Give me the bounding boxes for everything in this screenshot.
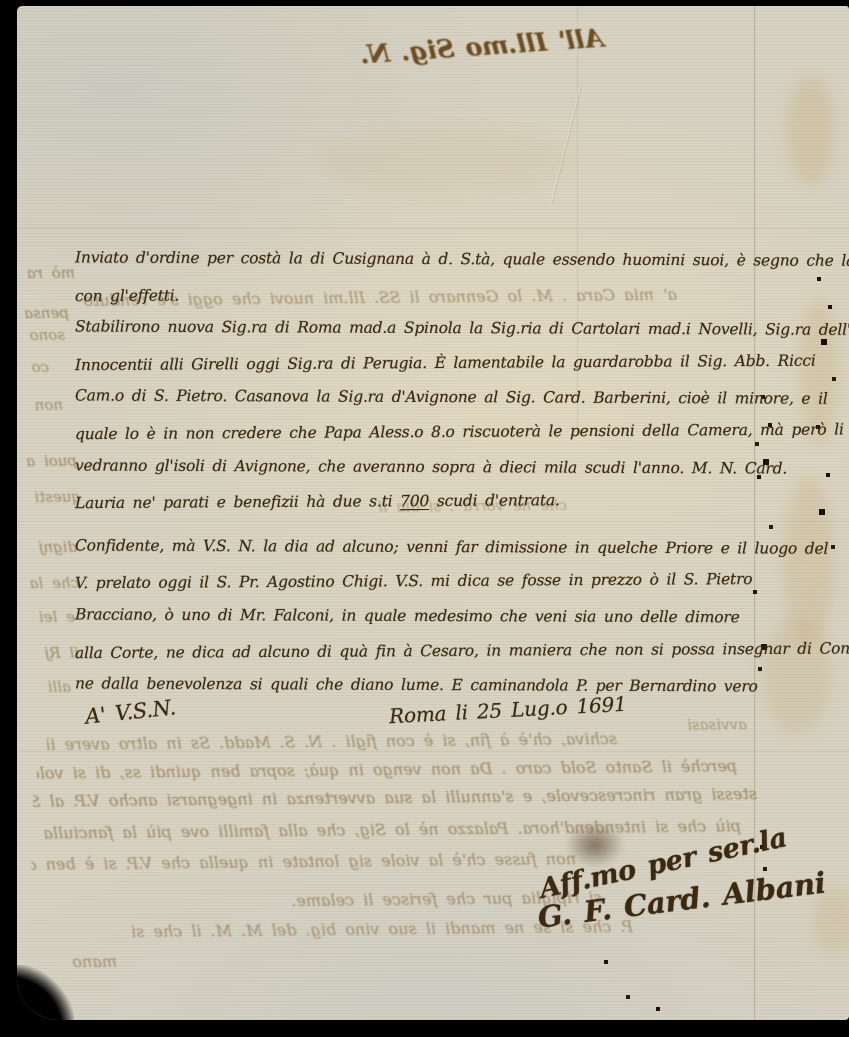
horizontal-fold-crease-1 bbox=[17, 228, 849, 230]
manuscript-line: ne dalla benevolenza si quali che diano … bbox=[75, 667, 787, 705]
showthrough-line: perchè il Santo Sold caro . Da non vengo… bbox=[37, 756, 737, 782]
showthrough-line: e lei bbox=[19, 608, 75, 627]
showthrough-line: avvisasi bbox=[617, 715, 747, 734]
showthrough-line: mò ra bbox=[19, 264, 75, 283]
showthrough-line: dignj bbox=[19, 538, 77, 557]
showthrough-line: questi bbox=[19, 488, 81, 507]
showthrough-line: stessi gran rincrescevole, e s'annulli l… bbox=[33, 784, 757, 811]
manuscript-line: Cam.o di S. Pietro. Casanova la Sig.ra d… bbox=[75, 379, 787, 417]
ink-specks bbox=[17, 6, 19, 8]
manuscript-line: quale lo è in non credere che Papa Aless… bbox=[75, 413, 787, 452]
manuscript-line: V. prelato oggi il S. Pr. Agostino Chigi… bbox=[75, 562, 787, 601]
showthrough-line: non fusse ch'è la viole sig lontate in q… bbox=[31, 849, 576, 874]
ink-stain bbox=[783, 476, 835, 646]
letter-body: Inviato d'ordine per costà la di Cusigna… bbox=[75, 242, 787, 703]
manuscript-line: Lauria ne' parati e benefizii hà due s.t… bbox=[75, 482, 787, 521]
showthrough-line: che la bbox=[19, 574, 79, 593]
showthrough-line: co bbox=[19, 358, 49, 376]
ink-stain bbox=[317, 126, 577, 196]
showthrough-line: sono bbox=[19, 326, 65, 344]
manuscript-line: Innocentii alli Girelli oggi Sig.ra di P… bbox=[75, 344, 787, 383]
showthrough-line: pensa bbox=[19, 304, 69, 323]
manuscript-line: alla Corte, ne dica ad alcuno di quà fin… bbox=[75, 631, 787, 670]
manuscript-line: Inviato d'ordine per costà la di Cusigna… bbox=[75, 240, 787, 278]
manuscript-line: Stabilirono nuova Sig.ra di Roma mad.a S… bbox=[75, 310, 787, 348]
manuscript-line: con gl'effetti. bbox=[75, 274, 787, 313]
manuscript-line: vedranno gl'isoli di Avignone, che avera… bbox=[75, 448, 787, 486]
photo-background: mò raa' mia Cara . M. lo Gennaro li SS. … bbox=[0, 0, 849, 1037]
showthrough-line: più che si intendend'hora. Palazzo nè lo… bbox=[37, 816, 741, 842]
showthrough-line: non bbox=[19, 396, 63, 414]
showthrough-line: puoi a bbox=[19, 452, 77, 471]
showthrough-line: il Rj bbox=[19, 644, 79, 663]
manuscript-line: Bracciano, ò uno di Mr. Falconi, in qual… bbox=[75, 597, 787, 635]
signature-block: Aff.mo per ser.la G. F. Card. Albani bbox=[537, 844, 827, 917]
ink-stain bbox=[787, 76, 835, 186]
showthrough-line: schiva, ch'è à fin, si è con figli . N. … bbox=[47, 729, 617, 754]
manuscript-line: Confidente, mà V.S. N. la dia ad alcuno;… bbox=[75, 528, 787, 566]
letter-sheet: mò raa' mia Cara . M. lo Gennaro li SS. … bbox=[17, 6, 849, 1020]
showthrough-line: alli bbox=[19, 678, 71, 697]
address-docket-showthrough: All' Ill.mo Sig. N. bbox=[331, 22, 632, 72]
showthrough-line: mano bbox=[47, 952, 117, 972]
paper-wrinkle bbox=[551, 88, 582, 205]
